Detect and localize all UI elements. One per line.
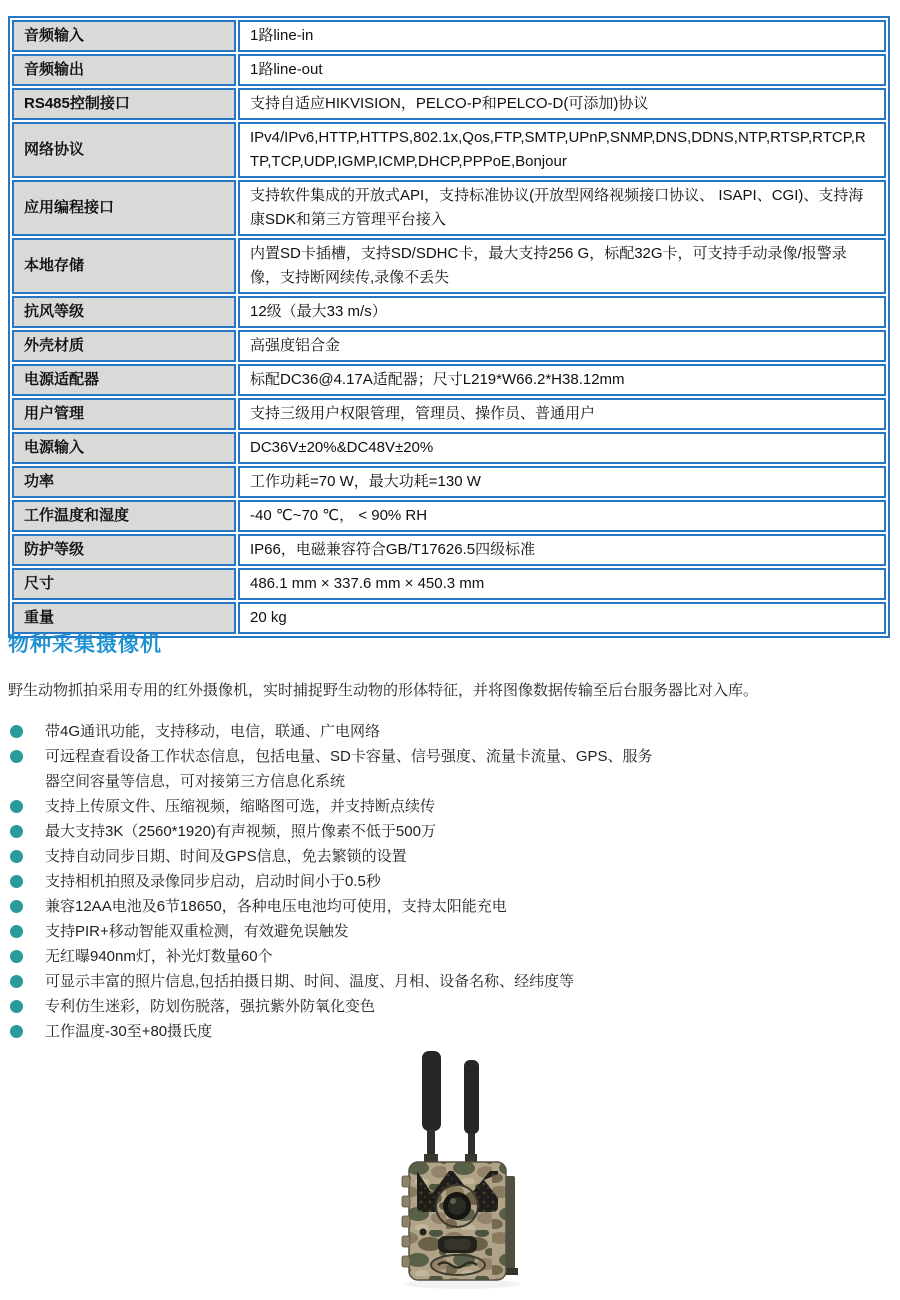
feature-text: 可显示丰富的照片信息,包括拍摄日期、时间、温度、月相、设备名称、经纬度等 — [45, 969, 574, 994]
spec-value: IPv4/IPv6,HTTP,HTTPS,802.1x,Qos,FTP,SMTP… — [238, 122, 886, 178]
feature-text: 支持上传原文件、压缩视频，缩略图可选，并支持断点续传 — [45, 794, 435, 819]
spec-row: 用户管理支持三级用户权限管理，管理员、操作员、普通用户 — [12, 398, 886, 430]
spec-value: IP66，电磁兼容符合GB/T17626.5四级标准 — [238, 534, 886, 566]
spec-row: 音频输出1路line-out — [12, 54, 886, 86]
feature-text: 工作温度-30至+80摄氏度 — [45, 1019, 212, 1044]
feature-text: 支持PIR+移动智能双重检测，有效避免误触发 — [45, 919, 349, 944]
feature-item: 最大支持3K（2560*1920)有声视频，照片像素不低于500万 — [8, 819, 708, 844]
spec-label: 音频输入 — [12, 20, 236, 52]
spec-label: 工作温度和湿度 — [12, 500, 236, 532]
spec-value: 1路line-out — [238, 54, 886, 86]
feature-item: 可显示丰富的照片信息,包括拍摄日期、时间、温度、月相、设备名称、经纬度等 — [8, 969, 708, 994]
bullet-dot-icon — [10, 900, 23, 913]
spec-label: 网络协议 — [12, 122, 236, 178]
spec-label: RS485控制接口 — [12, 88, 236, 120]
feature-item: 支持PIR+移动智能双重检测，有效避免误触发 — [8, 919, 708, 944]
spec-table: 音频输入1路line-in音频输出1路line-outRS485控制接口支持自适… — [8, 16, 890, 638]
feature-item: 带4G通讯功能，支持移动，电信，联通、广电网络 — [8, 719, 708, 744]
feature-list: 带4G通讯功能，支持移动，电信，联通、广电网络可远程查看设备工作状态信息，包括电… — [8, 719, 708, 1044]
spec-row: 防护等级IP66，电磁兼容符合GB/T17626.5四级标准 — [12, 534, 886, 566]
spec-label: 应用编程接口 — [12, 180, 236, 236]
bullet-dot-icon — [10, 1000, 23, 1013]
pir-sensor — [438, 1236, 477, 1253]
bullet-dot-icon — [10, 975, 23, 988]
spec-label: 音频输出 — [12, 54, 236, 86]
spec-value: 标配DC36@4.17A适配器；尺寸L219*W66.2*H38.12mm — [238, 364, 886, 396]
bullet-dot-icon — [10, 850, 23, 863]
feature-item: 专利仿生迷彩，防划伤脱落，强抗紫外防氧化变色 — [8, 994, 708, 1019]
spec-row: 功率工作功耗=70 W，最大功耗=130 W — [12, 466, 886, 498]
bullet-dot-icon — [10, 750, 23, 763]
spec-value: 支持软件集成的开放式API，支持标准协议(开放型网络视频接口协议、 ISAPI、… — [238, 180, 886, 236]
bullet-dot-icon — [10, 800, 23, 813]
feature-item: 无红曝940nm灯，补光灯数量60个 — [8, 944, 708, 969]
feature-text: 专利仿生迷彩，防划伤脱落，强抗紫外防氧化变色 — [45, 994, 375, 1019]
camera-lens — [436, 1185, 478, 1227]
antenna-right — [464, 1060, 479, 1164]
spec-row: 网络协议IPv4/IPv6,HTTP,HTTPS,802.1x,Qos,FTP,… — [12, 122, 886, 178]
spec-value: 高强度铝合金 — [238, 330, 886, 362]
spec-label: 本地存储 — [12, 238, 236, 294]
feature-text: 无红曝940nm灯，补光灯数量60个 — [45, 944, 273, 969]
spec-value: 486.1 mm × 337.6 mm × 450.3 mm — [238, 568, 886, 600]
spec-row: 尺寸486.1 mm × 337.6 mm × 450.3 mm — [12, 568, 886, 600]
spec-value: -40 ℃~70 ℃， < 90% RH — [238, 500, 886, 532]
bullet-dot-icon — [10, 875, 23, 888]
feature-text: 支持相机拍照及录像同步启动，启动时间小于0.5秒 — [45, 869, 381, 894]
spec-row: 抗风等级12级（最大33 m/s） — [12, 296, 886, 328]
spec-row: 外壳材质高强度铝合金 — [12, 330, 886, 362]
bullet-dot-icon — [10, 725, 23, 738]
spec-row: 电源适配器标配DC36@4.17A适配器；尺寸L219*W66.2*H38.12… — [12, 364, 886, 396]
feature-item: 兼容12AA电池及6节18650，各种电压电池均可使用，支持太阳能充电 — [8, 894, 708, 919]
feature-item: 工作温度-30至+80摄氏度 — [8, 1019, 708, 1044]
feature-text: 最大支持3K（2560*1920)有声视频，照片像素不低于500万 — [45, 819, 436, 844]
feature-text: 兼容12AA电池及6节18650，各种电压电池均可使用，支持太阳能充电 — [45, 894, 507, 919]
feature-text: 支持自动同步日期、时间及GPS信息，免去繁锁的设置 — [45, 844, 407, 869]
feature-item: 可远程查看设备工作状态信息，包括电量、SD卡容量、信号强度、流量卡流量、GPS、… — [8, 744, 708, 794]
spec-label: 抗风等级 — [12, 296, 236, 328]
spec-value: 12级（最大33 m/s） — [238, 296, 886, 328]
spec-label: 外壳材质 — [12, 330, 236, 362]
bullet-dot-icon — [10, 825, 23, 838]
spec-label: 电源适配器 — [12, 364, 236, 396]
light-sensor-dot — [420, 1229, 427, 1236]
feature-item: 支持相机拍照及录像同步启动，启动时间小于0.5秒 — [8, 869, 708, 894]
spec-value: 1路line-in — [238, 20, 886, 52]
spec-row: 本地存储内置SD卡插槽，支持SD/SDHC卡，最大支持256 G，标配32G卡，… — [12, 238, 886, 294]
trail-camera-image — [400, 1046, 572, 1292]
section-title: 物种采集摄像机 — [8, 628, 162, 658]
spec-label: 防护等级 — [12, 534, 236, 566]
spec-row: 电源输入DC36V±20%&DC48V±20% — [12, 432, 886, 464]
spec-row: 音频输入1路line-in — [12, 20, 886, 52]
spec-value: 20 kg — [238, 602, 886, 634]
spec-row: RS485控制接口支持自适应HIKVISION，PELCO-P和PELCO-D(… — [12, 88, 886, 120]
spec-label: 尺寸 — [12, 568, 236, 600]
bullet-dot-icon — [10, 1025, 23, 1038]
spec-page: 音频输入1路line-in音频输出1路line-outRS485控制接口支持自适… — [0, 0, 900, 1300]
spec-label: 用户管理 — [12, 398, 236, 430]
bullet-dot-icon — [10, 950, 23, 963]
spec-value: 支持自适应HIKVISION，PELCO-P和PELCO-D(可添加)协议 — [238, 88, 886, 120]
spec-row: 应用编程接口支持软件集成的开放式API，支持标准协议(开放型网络视频接口协议、 … — [12, 180, 886, 236]
spec-value: 工作功耗=70 W，最大功耗=130 W — [238, 466, 886, 498]
spec-value: 支持三级用户权限管理，管理员、操作员、普通用户 — [238, 398, 886, 430]
section-intro: 野生动物抓拍采用专用的红外摄像机，实时捕捉野生动物的形体特征，并将图像数据传输至… — [8, 680, 878, 702]
feature-text: 带4G通讯功能，支持移动，电信，联通、广电网络 — [45, 719, 380, 744]
bullet-dot-icon — [10, 925, 23, 938]
feature-text: 可远程查看设备工作状态信息，包括电量、SD卡容量、信号强度、流量卡流量、GPS、… — [45, 744, 663, 794]
spec-value: DC36V±20%&DC48V±20% — [238, 432, 886, 464]
spec-row: 工作温度和湿度-40 ℃~70 ℃， < 90% RH — [12, 500, 886, 532]
trail-camera-illustration — [400, 1046, 572, 1292]
antenna-left — [422, 1051, 441, 1164]
spec-label: 功率 — [12, 466, 236, 498]
spec-table-body: 音频输入1路line-in音频输出1路line-outRS485控制接口支持自适… — [12, 20, 886, 634]
spec-label: 电源输入 — [12, 432, 236, 464]
feature-item: 支持上传原文件、压缩视频，缩略图可选，并支持断点续传 — [8, 794, 708, 819]
spec-value: 内置SD卡插槽，支持SD/SDHC卡，最大支持256 G，标配32G卡，可支持手… — [238, 238, 886, 294]
feature-item: 支持自动同步日期、时间及GPS信息，免去繁锁的设置 — [8, 844, 708, 869]
